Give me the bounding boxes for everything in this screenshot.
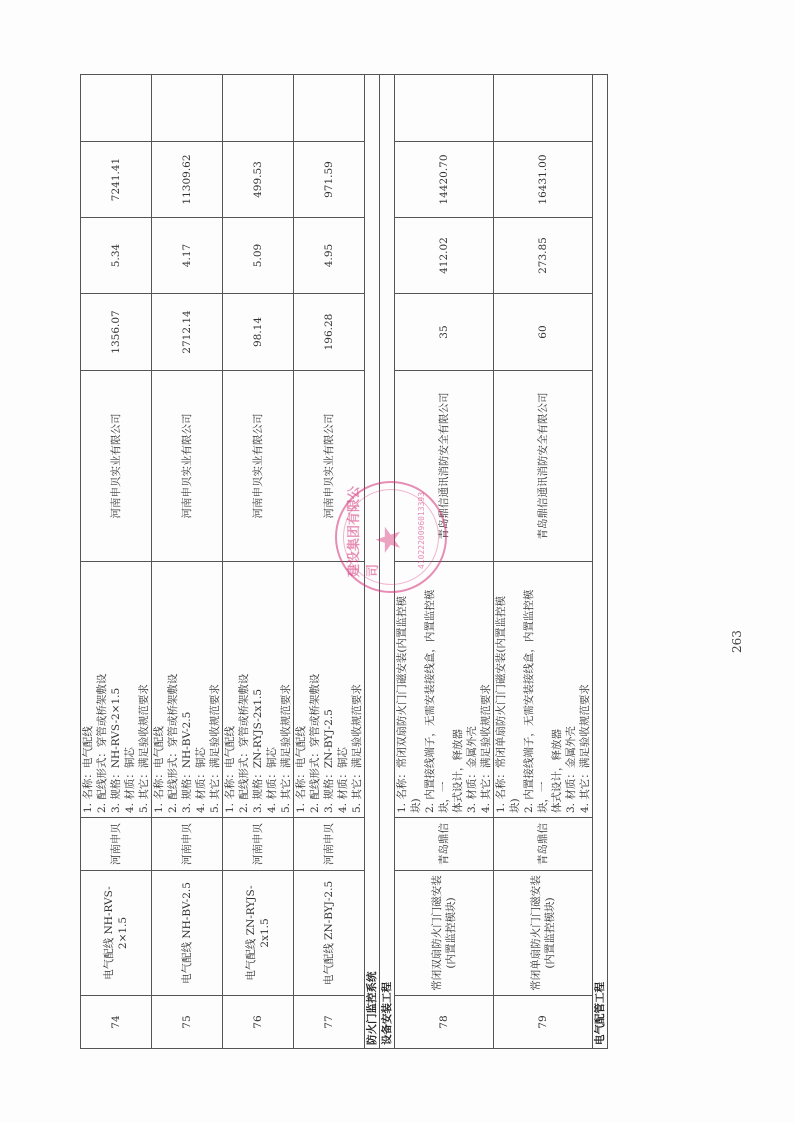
description-line: 1. 名称：电气配线 — [152, 566, 166, 813]
row-number-cell: 77 — [294, 996, 365, 1049]
description-line: 1. 名称：电气配线 — [81, 566, 95, 813]
table-row: 78常闭双扇防火门门磁安装(内置监控模块)青岛鼎信1. 名称：常闭双扇防火门门磁… — [395, 75, 494, 1049]
brand-cell: 河南申贝 — [81, 818, 152, 871]
description-line: 3. 规格：ZN-RYJS-2x1.5 — [251, 566, 265, 813]
remark-cell — [223, 75, 294, 142]
brand-cell: 河南申贝 — [294, 818, 365, 871]
rotated-landscape-sheet: 74电气配线 NH-RVS-2×1.5河南申贝1. 名称：电气配线2. 配线形式… — [0, 0, 794, 1123]
total-price-cell: 499.53 — [223, 142, 294, 218]
description-line: 1. 名称：常闭单扇防火门门磁安装(内置监控模 — [494, 566, 508, 813]
description-line: 2. 配线形式：穿管或桥架敷设 — [308, 566, 322, 813]
item-name-cell: 常闭单扇防火门门磁安装(内置监控模块) — [494, 871, 593, 996]
quantity-cell: 35 — [395, 294, 494, 371]
unit-price-cell: 5.34 — [81, 218, 152, 294]
unit-price-cell: 412.02 — [395, 218, 494, 294]
brand-cell: 河南申贝 — [152, 818, 223, 871]
description-line: 3. 规格：NH-BV-2.5 — [180, 566, 194, 813]
item-name-cell: 电气配线 NH-RVS-2×1.5 — [81, 871, 152, 996]
description-line: 2. 内置接线端子，无需安装接线盒，内置监控模 — [522, 566, 536, 813]
description-line: 4. 其它：满足验收规范要求 — [479, 566, 493, 813]
supplier-cell: 河南申贝实业有限公司 — [81, 371, 152, 562]
total-price-cell: 7241.41 — [81, 142, 152, 218]
brand-cell: 河南申贝 — [223, 818, 294, 871]
description-line: 3. 材质：金属外壳 — [564, 566, 578, 813]
item-description-cell: 1. 名称：电气配线2. 配线形式：穿管或桥架敷设3. 规格：ZN-BYJ-2.… — [294, 562, 365, 818]
supplier-cell: 河南申贝实业有限公司 — [294, 371, 365, 562]
total-price-cell: 11309.62 — [152, 142, 223, 218]
table-row: 77电气配线 ZN-BYJ-2.5河南申贝1. 名称：电气配线2. 配线形式：穿… — [294, 75, 365, 1049]
item-description-cell: 1. 名称：常闭单扇防火门门磁安装(内置监控模块)2. 内置接线端子，无需安装接… — [494, 562, 593, 818]
page-number: 263 — [730, 630, 744, 653]
description-line: 4. 材质：铜芯 — [123, 566, 137, 813]
unit-price-cell: 4.17 — [152, 218, 223, 294]
description-line: 5. 其它：满足验收规范要求 — [350, 566, 364, 813]
description-line: 4. 材质：铜芯 — [194, 566, 208, 813]
table-row: 75电气配线 NH-BV-2.5河南申贝1. 名称：电气配线2. 配线形式：穿管… — [152, 75, 223, 1049]
remark-cell — [494, 75, 593, 142]
description-line: 块) — [409, 566, 423, 813]
quantity-cell: 60 — [494, 294, 593, 371]
section-header-system-label: 防火门监控系统 — [365, 75, 380, 1049]
row-number-cell: 74 — [81, 996, 152, 1049]
description-line: 4. 其它：满足验收规范要求 — [578, 566, 592, 813]
description-line: 4. 材质：铜芯 — [336, 566, 350, 813]
quantity-cell: 196.28 — [294, 294, 365, 371]
description-line: 5. 其它：满足验收规范要求 — [279, 566, 293, 813]
remark-cell — [152, 75, 223, 142]
item-name-cell: 电气配线 NH-BV-2.5 — [152, 871, 223, 996]
section-header-next-label: 电气配管工程 — [593, 75, 608, 1049]
item-name-cell: 常闭双扇防火门门磁安装(内置监控模块) — [395, 871, 494, 996]
description-line: 3. 规格：NH-RVS-2×1.5 — [109, 566, 123, 813]
description-line: 5. 其它：满足验收规范要求 — [137, 566, 151, 813]
unit-price-cell: 5.09 — [223, 218, 294, 294]
document-page: 74电气配线 NH-RVS-2×1.5河南申贝1. 名称：电气配线2. 配线形式… — [0, 0, 794, 1123]
table-row: 74电气配线 NH-RVS-2×1.5河南申贝1. 名称：电气配线2. 配线形式… — [81, 75, 152, 1049]
table-row: 79常闭单扇防火门门磁安装(内置监控模块)青岛鼎信1. 名称：常闭单扇防火门门磁… — [494, 75, 593, 1049]
description-line: 2. 配线形式：穿管或桥架敷设 — [166, 566, 180, 813]
item-description-cell: 1. 名称：电气配线2. 配线形式：穿管或桥架敷设3. 规格：NH-BV-2.5… — [152, 562, 223, 818]
supplier-cell: 青岛鼎信通讯消防安全有限公司 — [494, 371, 593, 562]
description-line: 2. 内置接线端子，无需安装接线盒，内置监控模 — [423, 566, 437, 813]
description-line: 3. 规格：ZN-BYJ-2.5 — [322, 566, 336, 813]
item-description-cell: 1. 名称：电气配线2. 配线形式：穿管或桥架敷设3. 规格：NH-RVS-2×… — [81, 562, 152, 818]
description-line: 5. 其它：满足验收规范要求 — [208, 566, 222, 813]
description-line: 4. 材质：铜芯 — [265, 566, 279, 813]
description-line: 体式设计，释放器 — [451, 566, 465, 813]
item-name-cell: 电气配线 ZN-RYJS-2x1.5 — [223, 871, 294, 996]
total-price-cell: 14420.70 — [395, 142, 494, 218]
remark-cell — [81, 75, 152, 142]
description-line: 2. 配线形式：穿管或桥架敷设 — [95, 566, 109, 813]
item-description-cell: 1. 名称：电气配线2. 配线形式：穿管或桥架敷设3. 规格：ZN-RYJS-2… — [223, 562, 294, 818]
supplier-cell: 青岛鼎信通讯消防安全有限公司 — [395, 371, 494, 562]
section-header-subsystem-label: 设备安装工程 — [380, 75, 395, 1049]
row-number-cell: 78 — [395, 996, 494, 1049]
bill-of-quantities-table: 74电气配线 NH-RVS-2×1.5河南申贝1. 名称：电气配线2. 配线形式… — [80, 74, 608, 1049]
section-header-subsystem: 设备安装工程 — [380, 75, 395, 1049]
description-line: 3. 材质：金属外壳 — [465, 566, 479, 813]
description-line: 1. 名称：电气配线 — [223, 566, 237, 813]
section-header-system: 防火门监控系统 — [365, 75, 380, 1049]
description-line: 1. 名称：常闭双扇防火门门磁安装(内置监控模 — [395, 566, 409, 813]
unit-price-cell: 4.95 — [294, 218, 365, 294]
row-number-cell: 76 — [223, 996, 294, 1049]
description-line: 2. 配线形式：穿管或桥架敷设 — [237, 566, 251, 813]
supplier-cell: 河南申贝实业有限公司 — [152, 371, 223, 562]
description-line: 1. 名称：电气配线 — [294, 566, 308, 813]
description-line: 体式设计，释放器 — [550, 566, 564, 813]
quantity-cell: 1356.07 — [81, 294, 152, 371]
quantity-cell: 2712.14 — [152, 294, 223, 371]
description-line: 块，一 — [536, 566, 550, 813]
total-price-cell: 971.59 — [294, 142, 365, 218]
supplier-cell: 河南申贝实业有限公司 — [223, 371, 294, 562]
remark-cell — [294, 75, 365, 142]
item-description-cell: 1. 名称：常闭双扇防火门门磁安装(内置监控模块)2. 内置接线端子，无需安装接… — [395, 562, 494, 818]
section-header-next: 电气配管工程 — [593, 75, 608, 1049]
brand-cell: 青岛鼎信 — [395, 818, 494, 871]
remark-cell — [395, 75, 494, 142]
description-line: 块) — [508, 566, 522, 813]
row-number-cell: 75 — [152, 996, 223, 1049]
unit-price-cell: 273.85 — [494, 218, 593, 294]
item-name-cell: 电气配线 ZN-BYJ-2.5 — [294, 871, 365, 996]
brand-cell: 青岛鼎信 — [494, 818, 593, 871]
total-price-cell: 16431.00 — [494, 142, 593, 218]
description-line: 块，一 — [437, 566, 451, 813]
quantity-cell: 98.14 — [223, 294, 294, 371]
row-number-cell: 79 — [494, 996, 593, 1049]
table-row: 76电气配线 ZN-RYJS-2x1.5河南申贝1. 名称：电气配线2. 配线形… — [223, 75, 294, 1049]
